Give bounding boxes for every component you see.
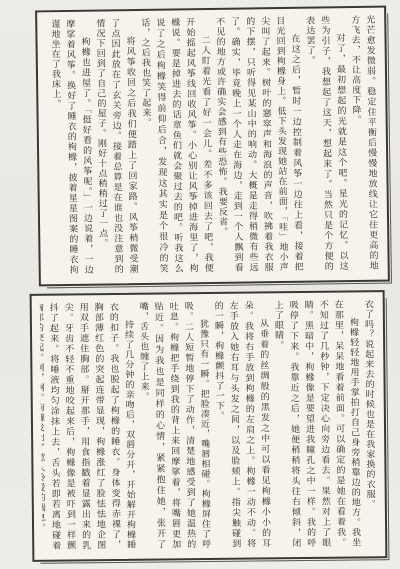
paragraph: 从垂着的丝绸般的黑发之中可以看见枸橼小小的耳朵。我将右手放到枸橼的左肩之上。枸橼… [210, 300, 273, 549]
paragraph: 枸橼也进屋了。「挺好看的风筝呢。」一边说着，一边摩挲着风筝。换好了睡衣的枸橼，披… [46, 19, 95, 276]
paragraph: 在这之后，暂时一边控制着风筝一边往上看，接着把目光回到枸橼身上。低下头发现她站在… [211, 16, 305, 273]
page-top: 光芒愈发微弱。稳定住平衡后慢慢地放线让它往更高的地方飞去，不让高度下降。 对了，… [35, 6, 390, 287]
page-top-text: 光芒愈发微弱。稳定住平衡后慢慢地放线让它往更高的地方飞去，不让高度下降。 对了，… [45, 15, 380, 276]
paragraph: 对了，最初想起的光就是这个吧。星光的记忆。以这些为引子，我想起了这天，想起来了。… [301, 15, 350, 272]
paragraph: 枸橼轻轻地用手掌拍打自己身旁稍靠边的地方。我坐在那里，呆呆地看着前面。可以确定的… [270, 299, 363, 548]
paragraph: 持续了几分钟的亲吻后，双唇分开，开始解开枸橼睡衣的扣子。我也脱起了枸橼的睡衣。身… [40, 302, 138, 551]
book-scan: 光芒愈发微弱。稳定住平衡后慢慢地放线让它往更高的地方飞去，不让高度下降。 对了，… [0, 0, 400, 569]
page-bottom: 衣了吗？说起来去的时候也是在我家换的衣服。 枸橼轻轻地用手掌拍打自己身旁稍靠边的… [30, 290, 388, 562]
paragraph: 二人盯着光看了好一会儿。差不多该回去了吧，我便开始摇起风筝线回收风筝。小心别让风… [136, 17, 215, 274]
paragraph: 将风筝收回之后我们便踏上了回家路。风筝稍微受潮了点因此放在了玄关旁边。接着总算是… [91, 18, 140, 275]
page-bottom-text: 衣了吗？说起来去的时候也是在我家换的衣服。 枸橼轻轻地用手掌拍打自己身旁稍靠边的… [40, 299, 378, 550]
paragraph: 光芒愈发微弱。稳定住平衡后慢慢地放线让它往更高的地方飞去，不让高度下降。 [346, 15, 380, 271]
paragraph: 犹豫只有一瞬。把脸凑近，嘴唇相碰。枸橼屏住了呼吸。二人短暂地停下了动作，清楚地感… [135, 301, 213, 550]
paragraph: 衣了吗？说起来去的时候也是在我家换的衣服。 [360, 299, 378, 547]
